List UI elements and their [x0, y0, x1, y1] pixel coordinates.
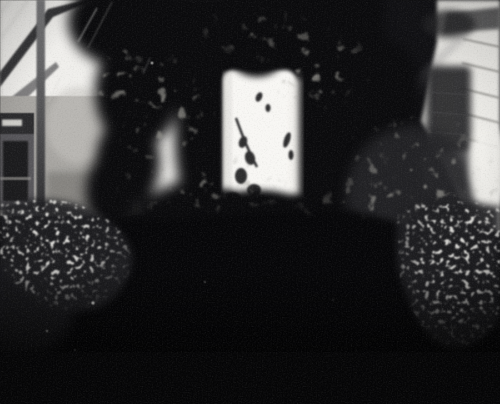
film-grain-dark [0, 0, 500, 404]
pinhole-photograph [0, 0, 500, 404]
photo-canvas [0, 0, 500, 404]
